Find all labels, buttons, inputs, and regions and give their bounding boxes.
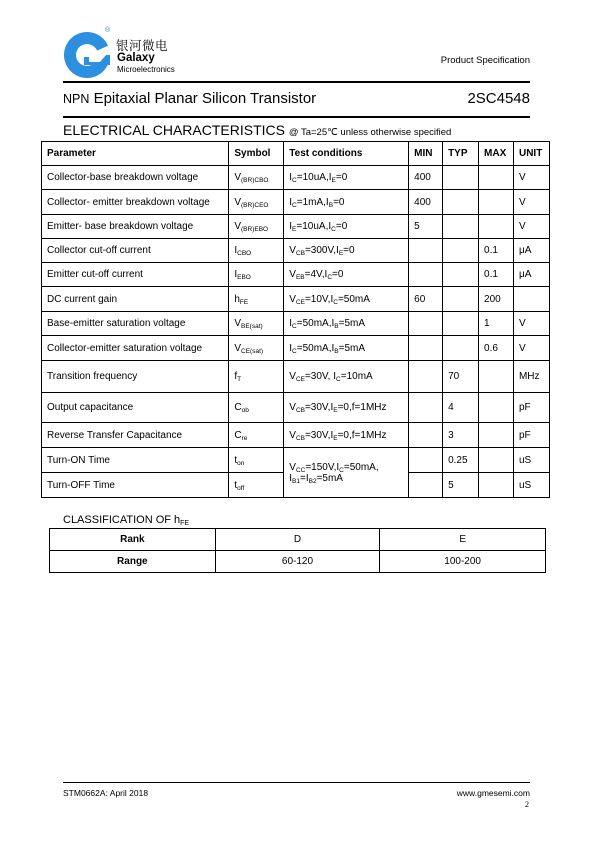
typ-cell [443,312,479,336]
min-cell [409,473,443,498]
parameter-cell: Reverse Transfer Capacitance [42,423,229,448]
min-cell [409,312,443,336]
column-header-min: MIN [409,142,443,166]
typ-cell: 4 [443,393,479,423]
unit-cell: uS [513,473,549,498]
part-number: 2SC4548 [467,90,530,107]
typ-cell [443,263,479,287]
min-cell [409,336,443,361]
test-condition-cell: VCB=300V,IE=0 [284,239,409,263]
min-cell [409,263,443,287]
column-header-typ: TYP [443,142,479,166]
unit-cell: μA [513,239,549,263]
typ-cell [443,287,479,312]
max-cell: 1 [479,312,514,336]
min-cell [409,423,443,448]
range-label: Range [50,551,216,573]
max-cell [479,393,514,423]
parameter-cell: Collector-emitter saturation voltage [42,336,229,361]
symbol-cell: VBE(sat) [229,312,284,336]
symbol-cell: V(BR)CBO [229,166,284,190]
table-row: Emitter cut-off currentIEBOVEB=4V,IC=00.… [42,263,550,287]
max-cell: 0.1 [479,263,514,287]
symbol-cell: V(BR)EBO [229,215,284,239]
unit-cell: V [513,215,549,239]
section-heading: ELECTRICAL CHARACTERISTICS [63,122,285,138]
title-text: Epitaxial Planar Silicon Transistor [94,90,317,107]
website-link[interactable]: www.gmesemi.com [457,788,530,798]
column-header-unit: UNIT [513,142,549,166]
table-row: Turn-ON TimetonVCC=150V,IC=50mA,IB1=IB2=… [42,448,550,473]
header-divider [63,81,530,83]
max-cell [479,215,514,239]
test-condition-cell: VEB=4V,IC=0 [284,263,409,287]
parameter-cell: Collector-base breakdown voltage [42,166,229,190]
galaxy-logo-icon [62,30,112,80]
max-cell: 0.6 [479,336,514,361]
table-row: DC current gainhFEVCE=10V,IC=50mA60200 [42,287,550,312]
max-cell: 200 [479,287,514,312]
table-row: Reverse Transfer CapacitanceCreVCB=30V,I… [42,423,550,448]
symbol-cell: ton [229,448,284,473]
symbol-cell: fT [229,361,284,393]
symbol-cell: VCE(sat) [229,336,284,361]
typ-cell [443,190,479,215]
logo-subtitle: Microelectronics [117,65,175,74]
parameter-cell: DC current gain [42,287,229,312]
unit-cell: V [513,166,549,190]
range-cell: 60-120 [215,551,380,573]
unit-cell: uS [513,448,549,473]
max-cell [479,448,514,473]
typ-cell [443,336,479,361]
typ-cell [443,239,479,263]
table-row: Output capacitanceCobVCB=30V,IE=0,f=1MHz… [42,393,550,423]
typ-cell: 5 [443,473,479,498]
parameter-cell: Collector- emitter breakdown voltage [42,190,229,215]
max-cell [479,166,514,190]
parameter-cell: Emitter cut-off current [42,263,229,287]
table-row: Collector-emitter saturation voltageVCE(… [42,336,550,361]
page-title: NPN Epitaxial Planar Silicon Transistor [63,90,316,107]
rank-cell: D [215,529,380,551]
symbol-cell: IEBO [229,263,284,287]
test-condition-cell: IC=10uA,IE=0 [284,166,409,190]
test-condition-cell: IC=1mA,IB=0 [284,190,409,215]
unit-cell [513,287,549,312]
min-cell [409,361,443,393]
parameter-cell: Emitter- base breakdown voltage [42,215,229,239]
test-condition-cell: VCC=150V,IC=50mA,IB1=IB2=5mA [284,448,409,498]
section-condition: @ Ta=25℃ unless otherwise specified [289,127,451,138]
classification-title: CLASSIFICATION OF hFE [63,514,189,526]
typ-cell [443,166,479,190]
document-type: Product Specification [441,55,530,66]
symbol-cell: toff [229,473,284,498]
symbol-cell: Cre [229,423,284,448]
unit-cell: pF [513,393,549,423]
typ-cell: 3 [443,423,479,448]
max-cell [479,361,514,393]
symbol-cell: V(BR)CEO [229,190,284,215]
hfe-classification-table: Rank D E Range 60-120 100-200 [49,528,546,573]
column-header-max: MAX [479,142,514,166]
table-row: Transition frequencyfTVCE=30V, IC=10mA70… [42,361,550,393]
rank-cell: E [380,529,546,551]
max-cell [479,473,514,498]
parameter-cell: Transition frequency [42,361,229,393]
min-cell: 5 [409,215,443,239]
test-condition-cell: VCE=30V, IC=10mA [284,361,409,393]
typ-cell: 0.25 [443,448,479,473]
test-condition-cell: IC=50mA,IB=5mA [284,312,409,336]
symbol-cell: hFE [229,287,284,312]
symbol-cell: Cob [229,393,284,423]
rank-row: Rank D E [50,529,546,551]
table-row: Collector-base breakdown voltageV(BR)CBO… [42,166,550,190]
section-title: ELECTRICAL CHARACTERISTICS @ Ta=25℃ unle… [63,122,451,138]
min-cell [409,393,443,423]
test-condition-cell: VCE=10V,IC=50mA [284,287,409,312]
document-code: STM0662A: April 2018 [63,788,148,798]
registered-mark: ® [105,27,110,34]
table-header-row: ParameterSymbolTest conditionsMINTYPMAXU… [42,142,550,166]
column-header-test-conditions: Test conditions [284,142,409,166]
electrical-characteristics-table: ParameterSymbolTest conditionsMINTYPMAXU… [41,141,550,498]
unit-cell: MHz [513,361,549,393]
parameter-cell: Base-emitter saturation voltage [42,312,229,336]
min-cell [409,448,443,473]
min-cell: 400 [409,166,443,190]
range-row: Range 60-120 100-200 [50,551,546,573]
parameter-cell: Turn-OFF Time [42,473,229,498]
unit-cell: V [513,336,549,361]
min-cell: 60 [409,287,443,312]
max-cell: 0.1 [479,239,514,263]
rank-label: Rank [50,529,216,551]
table-row: Collector cut-off currentICBOVCB=300V,IE… [42,239,550,263]
range-cell: 100-200 [380,551,546,573]
page-number: 2 [525,800,529,809]
max-cell [479,423,514,448]
unit-cell: pF [513,423,549,448]
max-cell [479,190,514,215]
title-divider [63,116,530,118]
test-condition-cell: IE=10uA,IC=0 [284,215,409,239]
table-row: Emitter- base breakdown voltageV(BR)EBOI… [42,215,550,239]
table-row: Collector- emitter breakdown voltageV(BR… [42,190,550,215]
typ-cell [443,215,479,239]
footer-divider [63,782,530,783]
test-condition-cell: VCB=30V,IE=0,f=1MHz [284,393,409,423]
parameter-cell: Collector cut-off current [42,239,229,263]
unit-cell: μA [513,263,549,287]
title-prefix: NPN [63,92,89,106]
column-header-symbol: Symbol [229,142,284,166]
column-header-parameter: Parameter [42,142,229,166]
test-condition-cell: IC=50mA,IB=5mA [284,336,409,361]
symbol-cell: ICBO [229,239,284,263]
min-cell [409,239,443,263]
test-condition-cell: VCB=30V,IE=0,f=1MHz [284,423,409,448]
parameter-cell: Turn-ON Time [42,448,229,473]
typ-cell: 70 [443,361,479,393]
unit-cell: V [513,190,549,215]
parameter-cell: Output capacitance [42,393,229,423]
table-row: Base-emitter saturation voltageVBE(sat)I… [42,312,550,336]
unit-cell: V [513,312,549,336]
logo-brand-name: Galaxy [117,52,155,64]
min-cell: 400 [409,190,443,215]
